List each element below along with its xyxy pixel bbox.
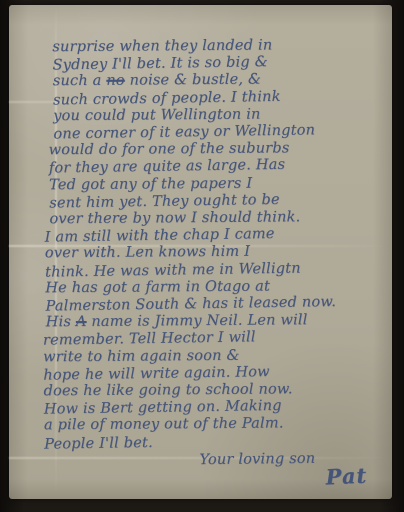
letter-body: surprise when they landed in Sydney I'll… [36, 36, 380, 453]
line-segment: name is Jimmy Neil. Len will [86, 312, 307, 330]
letter-signature: Pat [325, 466, 381, 486]
letter-paper: surprise when they landed in Sydney I'll… [9, 5, 392, 499]
line-segment: such a [53, 73, 107, 89]
scan-background: surprise when they landed in Sydney I'll… [0, 0, 404, 512]
strikethrough-word: A [76, 314, 87, 330]
letter-text: surprise when they landed in Sydney I'll… [36, 36, 380, 488]
line-segment: His [46, 314, 76, 330]
line-segment: noise & bustle, & [125, 72, 261, 89]
strikethrough-word: no [106, 73, 125, 89]
